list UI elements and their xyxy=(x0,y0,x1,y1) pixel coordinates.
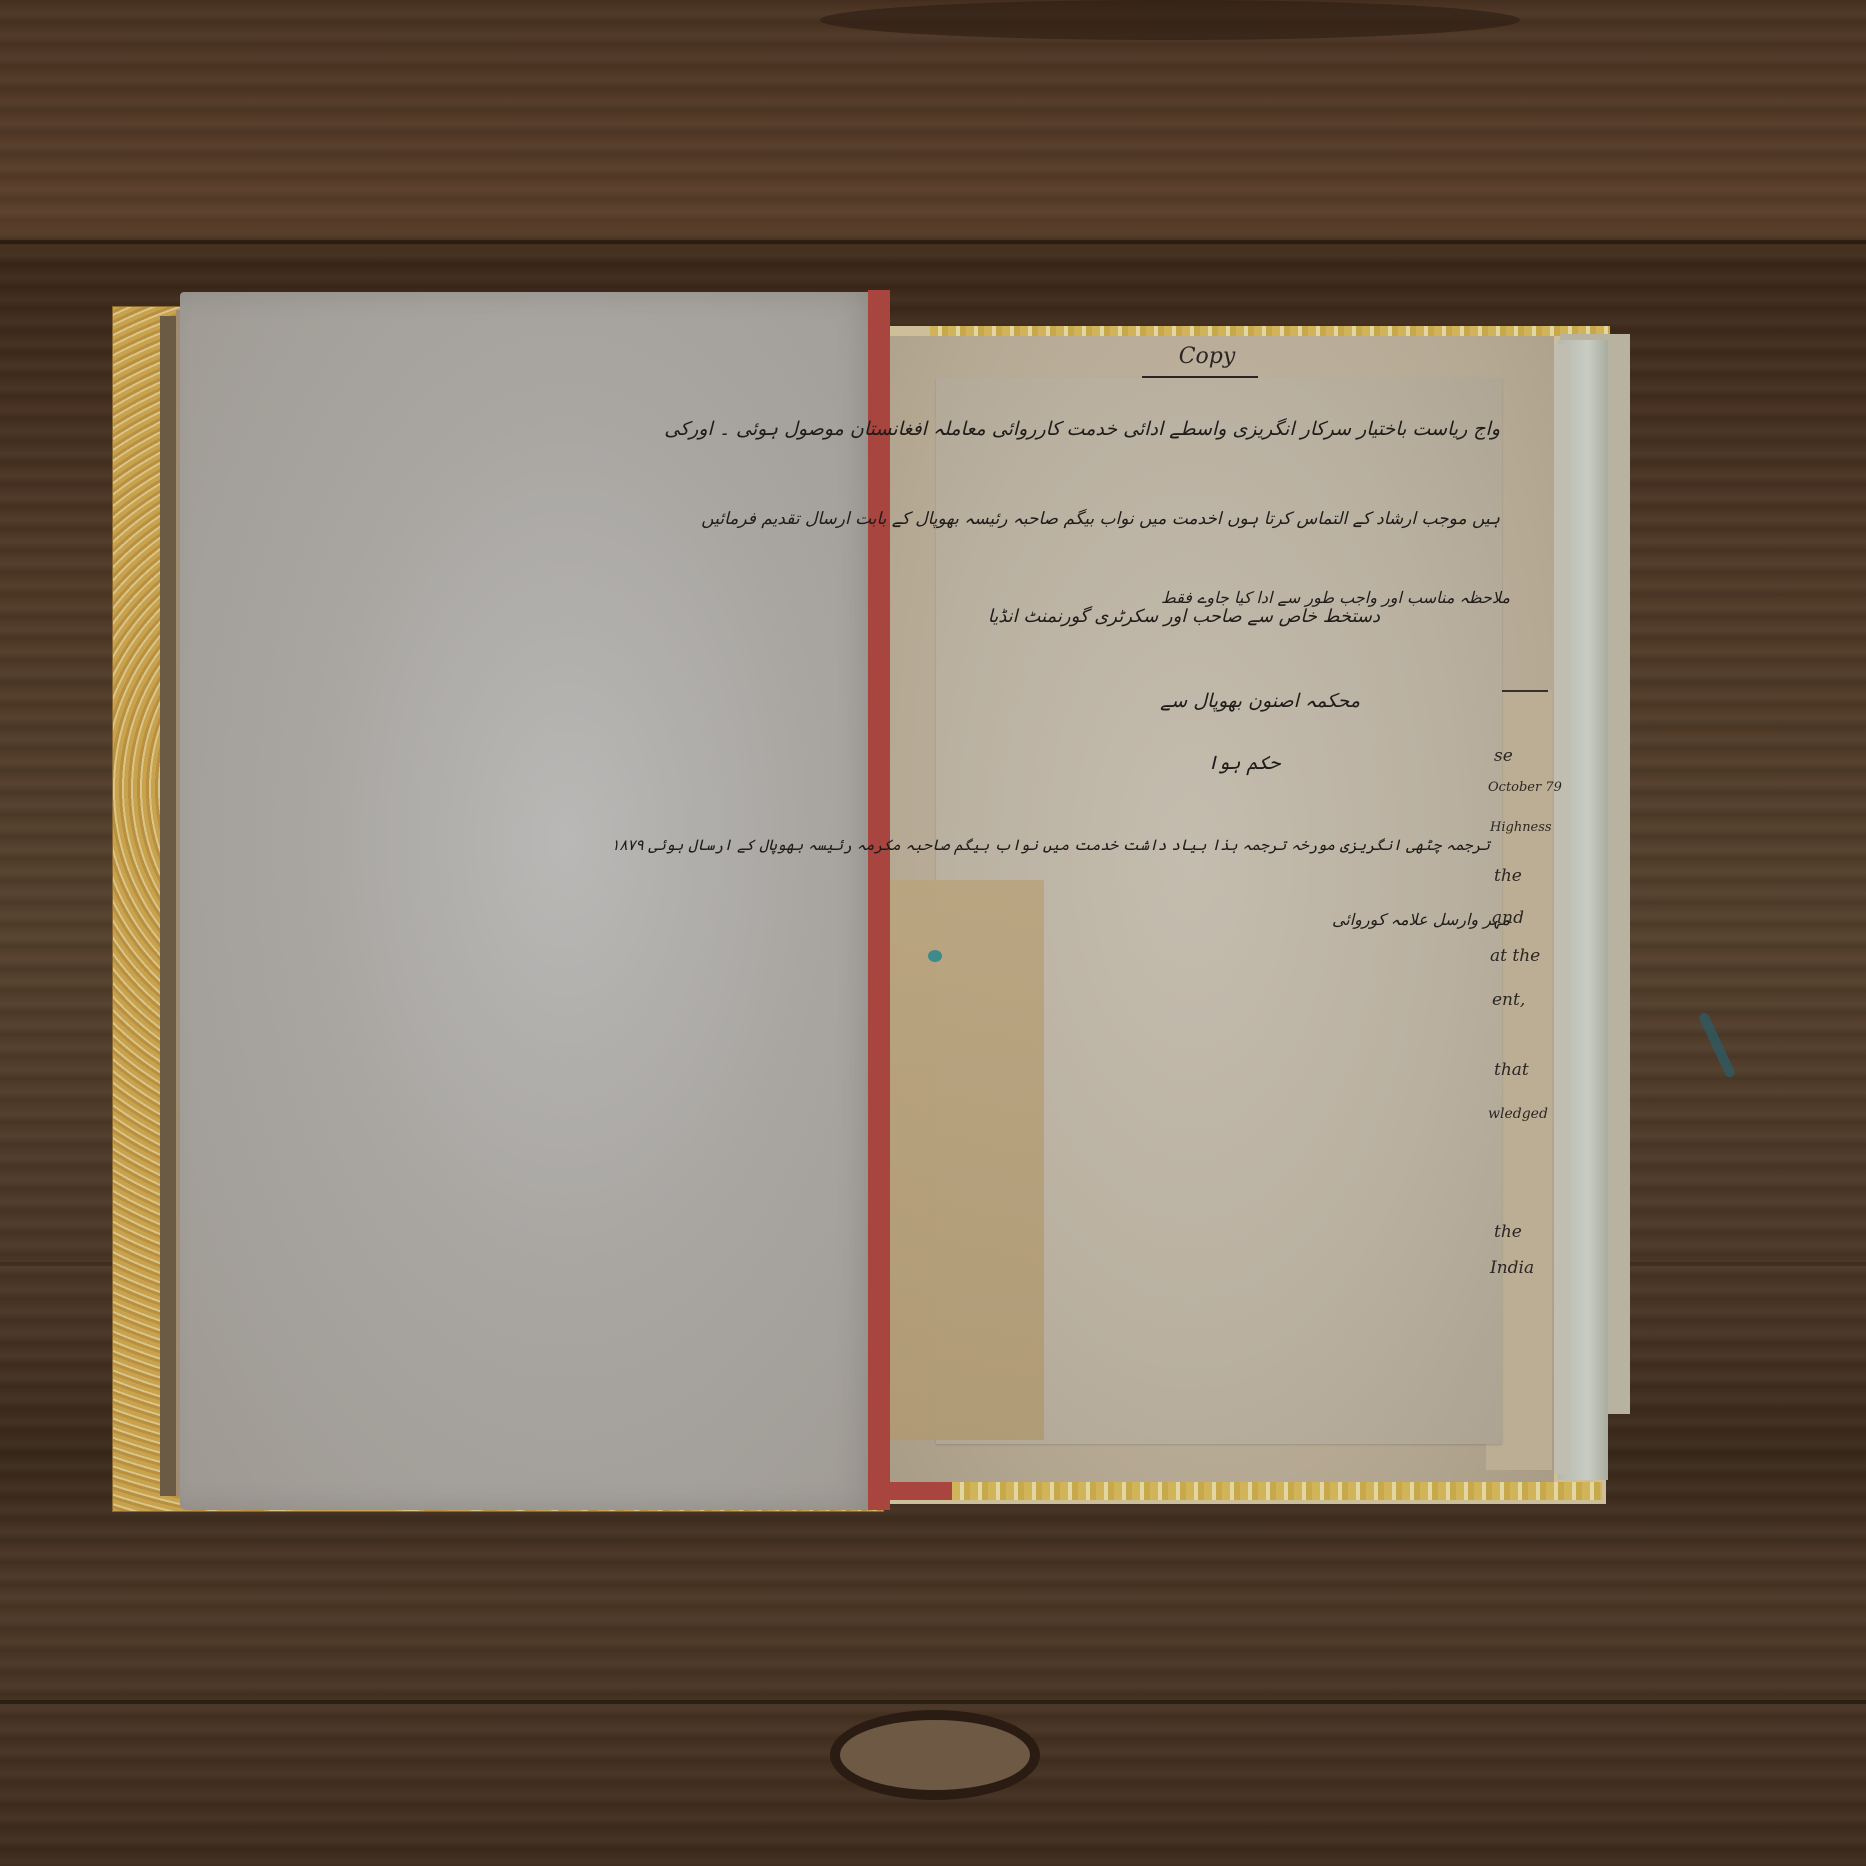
english-fragment: wledged xyxy=(1488,1106,1548,1122)
paper-tape-repair xyxy=(878,880,1044,1440)
copy-underline xyxy=(1142,376,1258,378)
english-fragment: that xyxy=(1494,1060,1529,1080)
teal-ink-stain xyxy=(928,950,942,962)
english-fragment: India xyxy=(1490,1258,1534,1278)
urdu-line-5: محکمہ اصنون بھوپال سے xyxy=(1150,690,1360,712)
urdu-line-2: ہیں موجب ارشاد کے التماس کرتا ہوں اخدمت … xyxy=(890,508,1500,529)
red-spine xyxy=(868,290,890,1510)
blank-left-page[interactable] xyxy=(180,292,882,1510)
copy-heading: Copy xyxy=(1162,344,1252,369)
urdu-line-6: حکم ہوا xyxy=(1180,752,1280,774)
english-fragment: se xyxy=(1494,746,1513,766)
wood-knot xyxy=(820,0,1520,40)
urdu-line-4: ملاحظہ مناسب اور واجب طور سے ادا کیا جاو… xyxy=(1230,588,1510,607)
english-fragment: October 79 xyxy=(1488,780,1562,795)
urdu-line-8: مہر وارسل علامہ کوروائی xyxy=(1330,910,1510,929)
urdu-line-1: واج ریاست باختیار سرکار انگریزی واسطے اد… xyxy=(890,418,1500,440)
english-fragment: Highness xyxy=(1490,820,1552,835)
marbled-top-edge xyxy=(930,326,1610,336)
english-fragment: at the xyxy=(1490,946,1540,966)
english-fragment: and xyxy=(1492,908,1524,928)
wood-plank-seam xyxy=(0,240,1866,244)
urdu-line-7: ترجمہ چٹھی انگریزی مورخہ ترجمہ ہذا بیاد … xyxy=(900,836,1490,854)
wood-knot xyxy=(830,1710,1040,1800)
urdu-line-3: دستخط خاص سے صاحب اور سکرٹری گورنمنٹ انڈ… xyxy=(940,606,1380,627)
english-fragment: the xyxy=(1494,1222,1522,1242)
wood-plank-seam xyxy=(0,1700,1866,1704)
english-fragment: ent, xyxy=(1492,990,1525,1010)
english-fragment: the xyxy=(1494,866,1522,886)
red-spine-corner xyxy=(880,1482,952,1500)
marbled-bottom-edge xyxy=(952,1482,1602,1500)
ink-stain-on-table xyxy=(1698,1011,1737,1079)
